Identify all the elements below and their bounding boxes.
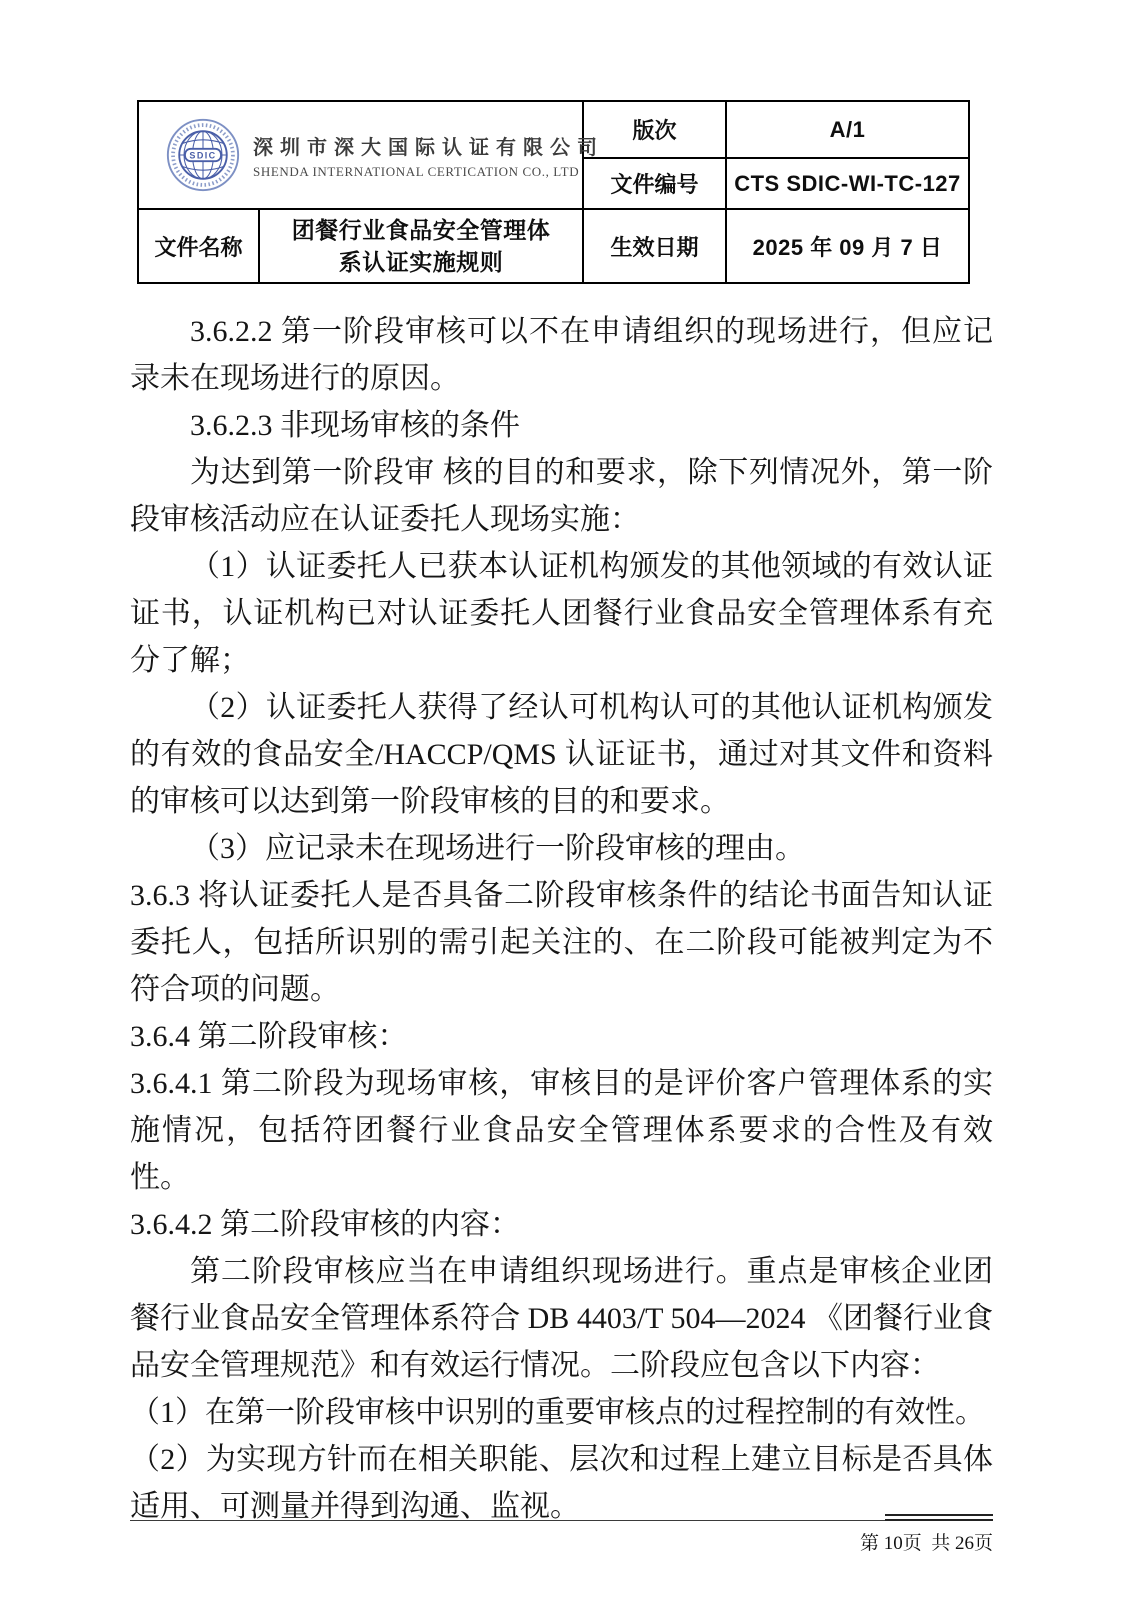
page-number: 第 10页 共 26页 bbox=[130, 1528, 993, 1555]
version-label: 版次 bbox=[583, 101, 726, 158]
doc-number-value: CTS SDIC-WI-TC-127 bbox=[726, 158, 969, 209]
company-name-block: 深圳市深大国际认证有限公司 SHENDA INTERNATIONAL CERTI… bbox=[253, 131, 604, 180]
company-name-en: SHENDA INTERNATIONAL CERTICATION CO., LT… bbox=[253, 164, 604, 180]
version-value: A/1 bbox=[726, 101, 969, 158]
company-identity-cell: SDIC 深圳市深大国际认证有限公司 SHENDA INTERNATIONAL … bbox=[138, 101, 583, 209]
paragraph: 第二阶段审核应当在申请组织现场进行。重点是审核企业团餐行业食品安全管理体系符合 … bbox=[130, 1248, 993, 1389]
document-header-table: SDIC 深圳市深大国际认证有限公司 SHENDA INTERNATIONAL … bbox=[137, 100, 970, 284]
paragraph: 3.6.4 第二阶段审核： bbox=[130, 1013, 993, 1060]
paragraph: 3.6.4.1 第二阶段为现场审核，审核目的是评价客户管理体系的实施情况，包括符… bbox=[130, 1060, 993, 1201]
paragraph: 3.6.4.2 第二阶段审核的内容： bbox=[130, 1201, 993, 1248]
page-number-bar bbox=[885, 1514, 993, 1521]
svg-text:SDIC: SDIC bbox=[189, 150, 216, 160]
paragraph: （3）应记录未在现场进行一阶段审核的理由。 bbox=[130, 825, 993, 872]
document-body: 3.6.2.2 第一阶段审核可以不在申请组织的现场进行，但应记录未在现场进行的原… bbox=[130, 308, 993, 1530]
company-identity: SDIC 深圳市深大国际认证有限公司 SHENDA INTERNATIONAL … bbox=[139, 117, 582, 193]
paragraph: 3.6.3 将认证委托人是否具备二阶段审核条件的结论书面告知认证委托人，包括所识… bbox=[130, 872, 993, 1013]
paragraph: 3.6.2.3 非现场审核的条件 bbox=[130, 402, 993, 449]
doc-name-value: 团餐行业食品安全管理体系认证实施规则 bbox=[259, 209, 583, 283]
effective-date-value: 2025 年 09 月 7 日 bbox=[726, 209, 969, 283]
paragraph: 3.6.2.2 第一阶段审核可以不在申请组织的现场进行，但应记录未在现场进行的原… bbox=[130, 308, 993, 402]
paragraph: 为达到第一阶段审 核的目的和要求，除下列情况外，第一阶段审核活动应在认证委托人现… bbox=[130, 449, 993, 543]
doc-name-label: 文件名称 bbox=[138, 209, 259, 283]
footer-rule bbox=[130, 1520, 993, 1521]
document-footer: 第 10页 共 26页 bbox=[130, 1520, 993, 1555]
paragraph: （2）为实现方针而在相关职能、层次和过程上建立目标是否具体适用、可测量并得到沟通… bbox=[130, 1436, 993, 1530]
effective-date-label: 生效日期 bbox=[583, 209, 726, 283]
company-name-zh: 深圳市深大国际认证有限公司 bbox=[253, 131, 604, 160]
paragraph: （2）认证委托人获得了经认可机构认可的其他认证机构颁发的有效的食品安全/HACC… bbox=[130, 684, 993, 825]
paragraph: （1）在第一阶段审核中识别的重要审核点的过程控制的有效性。 bbox=[130, 1389, 993, 1436]
page-root: { "doc": { "header": { "logo": { "icon":… bbox=[0, 0, 1131, 1600]
doc-number-label: 文件编号 bbox=[583, 158, 726, 209]
paragraph: （1）认证委托人已获本认证机构颁发的其他领域的有效认证证书，认证机构已对认证委托… bbox=[130, 543, 993, 684]
sdic-globe-logo-icon: SDIC bbox=[165, 117, 241, 193]
